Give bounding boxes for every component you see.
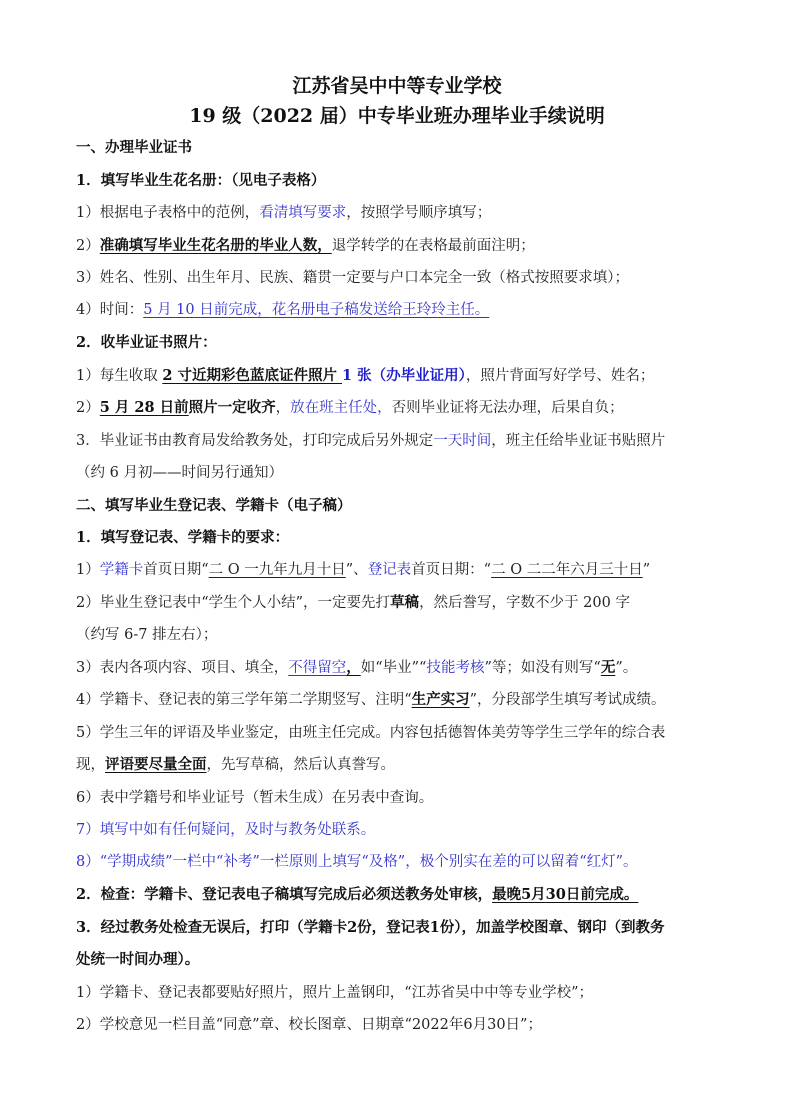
date-text: 二 O 一九年九月十日 [209,562,346,578]
text: ， [346,659,361,676]
highlight-text: 不得留空 [288,660,346,676]
emphasis-text: 草稿 [390,594,419,611]
text: 3．毕业证书由教育局发给教务处，打印完成后另外规定 [76,433,433,449]
deadline-text: 5 月 28 日前 [100,399,189,416]
emphasis-text: 生产实习 [412,691,470,708]
document-page: 江苏省吴中中等专业学校 19 级（2022 届）中专毕业班办理毕业手续说明 一、… [0,0,794,1108]
s1-photo-item1: 1）每生收取 2 寸近期彩色蓝底证件照片 1 张（办毕业证用），照片背面写好学号… [76,366,654,386]
section1-sub1-heading: 1．填写毕业生花名册：（见电子表格） [76,171,325,191]
s1-item2: 2）准确填写毕业生花名册的毕业人数，退学转学的在表格最前面注明； [76,236,535,256]
text: 4）时间： [76,302,143,318]
s2-item2: 2）毕业生登记表中“学生个人小结”，一定要先打草稿，然后誊写，字数不少于 200… [76,593,630,613]
s1-sub3: 3．毕业证书由教育局发给教务处，打印完成后另外规定一天时间，班主任给毕业证书贴照… [76,431,665,451]
text: 1）根据电子表格中的范例， [76,205,259,221]
s1-photo-item2: 2）5 月 28 日前照片一定收齐，放在班主任处，否则毕业证将无法办理，后果自负… [76,398,624,418]
s1-item1: 1）根据电子表格中的范例，看清填写要求，按照学号顺序填写； [76,203,491,223]
text: 1）每生收取 [76,368,162,384]
highlight-text: 花名册电子稿发送给王玲玲主任。 [272,302,490,318]
text: 2） [76,238,100,254]
text: 否则毕业证将无法办理，后果自负； [392,400,624,416]
emphasis-text: 评语要尽量全面 [105,756,207,773]
s1-item4: 4）时间：5 月 10 日前完成，花名册电子稿发送给王玲玲主任。 [76,300,489,320]
s2-sub3-cont: 处统一时间办理）。 [76,950,199,970]
s2-item4: 4）学籍卡、登记表的第三学年第二学期竖写、注明“生产实习”，分段部学生填写考试成… [76,690,666,710]
text: 1） [76,562,100,578]
section2-heading: 二、填写毕业生登记表、学籍卡（电子稿） [76,496,352,516]
s2-item8: 8）“学期成绩”一栏中“补考”一栏原则上填写“及格”，极个别实在差的可以留着“红… [76,852,638,872]
highlight-text: 放在班主任处， [290,400,392,416]
s2-item5-cont: 现，评语要尽量全面，先写草稿，然后认真誊写。 [76,755,395,775]
s2-item7: 7）填写中如有任何疑问，及时与教务处联系。 [76,820,375,840]
emphasis-text: 准确填写毕业生花名册的毕业人数， [100,237,332,254]
deadline-text: 最晚5月30日前完成。 [492,886,638,903]
text: ” [643,562,650,578]
text: 首页日期：“ [411,562,491,578]
highlight-text: 看清填写要求 [259,205,346,221]
highlight-text: 一天时间 [433,433,491,449]
highlight-text: 登记表 [368,562,412,578]
text: 如“毕业”“ [361,660,427,676]
document-title: 19 级（2022 届）中专毕业班办理毕业手续说明 [0,103,794,129]
text: 3）表内各项内容、项目、填全， [76,660,288,676]
emphasis-text: 照片一定收齐 [189,399,276,416]
text: ，照片背面写好学号、姓名； [466,368,655,384]
s2-sub3-item2: 2）学校意见一栏目盖“同意”章、校长图章、日期章“2022年6月30日”； [76,1015,542,1035]
deadline-text: 5 月 10 日前完成 [143,302,257,318]
s2-item5: 5）学生三年的评语及毕业鉴定，由班主任完成。内容包括德智体美劳等学生三学年的综合… [76,723,665,743]
text: ”等；如没有则写“ [484,660,600,676]
s2-item3: 3）表内各项内容、项目、填全，不得留空，如“毕业”“技能考核”等；如没有则写“无… [76,658,637,678]
highlight-text: 技能考核 [426,660,484,676]
text: 2） [76,400,100,416]
s2-sub2: 2．检查：学籍卡、登记表电子稿填写完成后必须送教务处审核，最晚5月30日前完成。 [76,885,638,905]
text: ，按照学号顺序填写； [346,205,491,221]
s2-item6: 6）表中学籍号和毕业证号（暂未生成）在另表中查询。 [76,788,433,808]
text: 2．检查：学籍卡、登记表电子稿填写完成后必须送教务处审核， [76,886,492,903]
text: ， [276,400,291,416]
text: 现， [76,757,105,773]
text: 4）学籍卡、登记表的第三学年第二学期竖写、注明“ [76,692,412,708]
highlight-text: 学籍卡 [100,562,144,578]
text: ”、 [346,562,368,578]
text: ， [257,302,272,318]
text: 首页日期“ [143,562,208,578]
s2-sub3-item1: 1）学籍卡、登记表都要贴好照片，照片上盖钢印，“江苏省吴中中等专业学校”； [76,983,593,1003]
s2-item2-cont: （约写 6-7 排左右）； [76,625,217,645]
emphasis-text: 2 寸近期彩色蓝底证件照片 [162,367,342,384]
section1-heading: 一、办理毕业证书 [76,138,192,158]
text: ”，分段部学生填写考试成绩。 [470,692,666,708]
s2-item1: 1）学籍卡首页日期“二 O 一九年九月十日”、登记表首页日期：“二 O 二二年六… [76,560,650,580]
emphasis-text: 无 [601,659,616,676]
text: ，然后誊写，字数不少于 200 字 [419,595,630,611]
section1-sub2-heading: 2．收毕业证书照片： [76,333,217,353]
s1-sub3-cont: （约 6 月初——时间另行通知） [76,463,283,483]
s1-item3: 3）姓名、性别、出生年月、民族、籍贯一定要与户口本完全一致（格式按照要求填）； [76,268,629,288]
highlight-text: 1 张（办毕业证用） [342,367,466,384]
s2-sub3: 3．经过教务处检查无误后，打印（学籍卡2份，登记表1份），加盖学校图章、钢印（到… [76,918,665,938]
text: ，先写草稿，然后认真誊写。 [207,757,396,773]
date-text: 二 O 二二年六月三十日 [491,562,643,578]
section2-sub1-heading: 1．填写登记表、学籍卡的要求： [76,528,289,548]
text: ，班主任给毕业证书贴照片 [491,433,665,449]
school-title: 江苏省吴中中等专业学校 [0,73,794,99]
text: 退学转学的在表格最前面注明； [332,238,535,254]
text: ”。 [615,660,637,676]
text: 2）毕业生登记表中“学生个人小结”，一定要先打 [76,595,390,611]
